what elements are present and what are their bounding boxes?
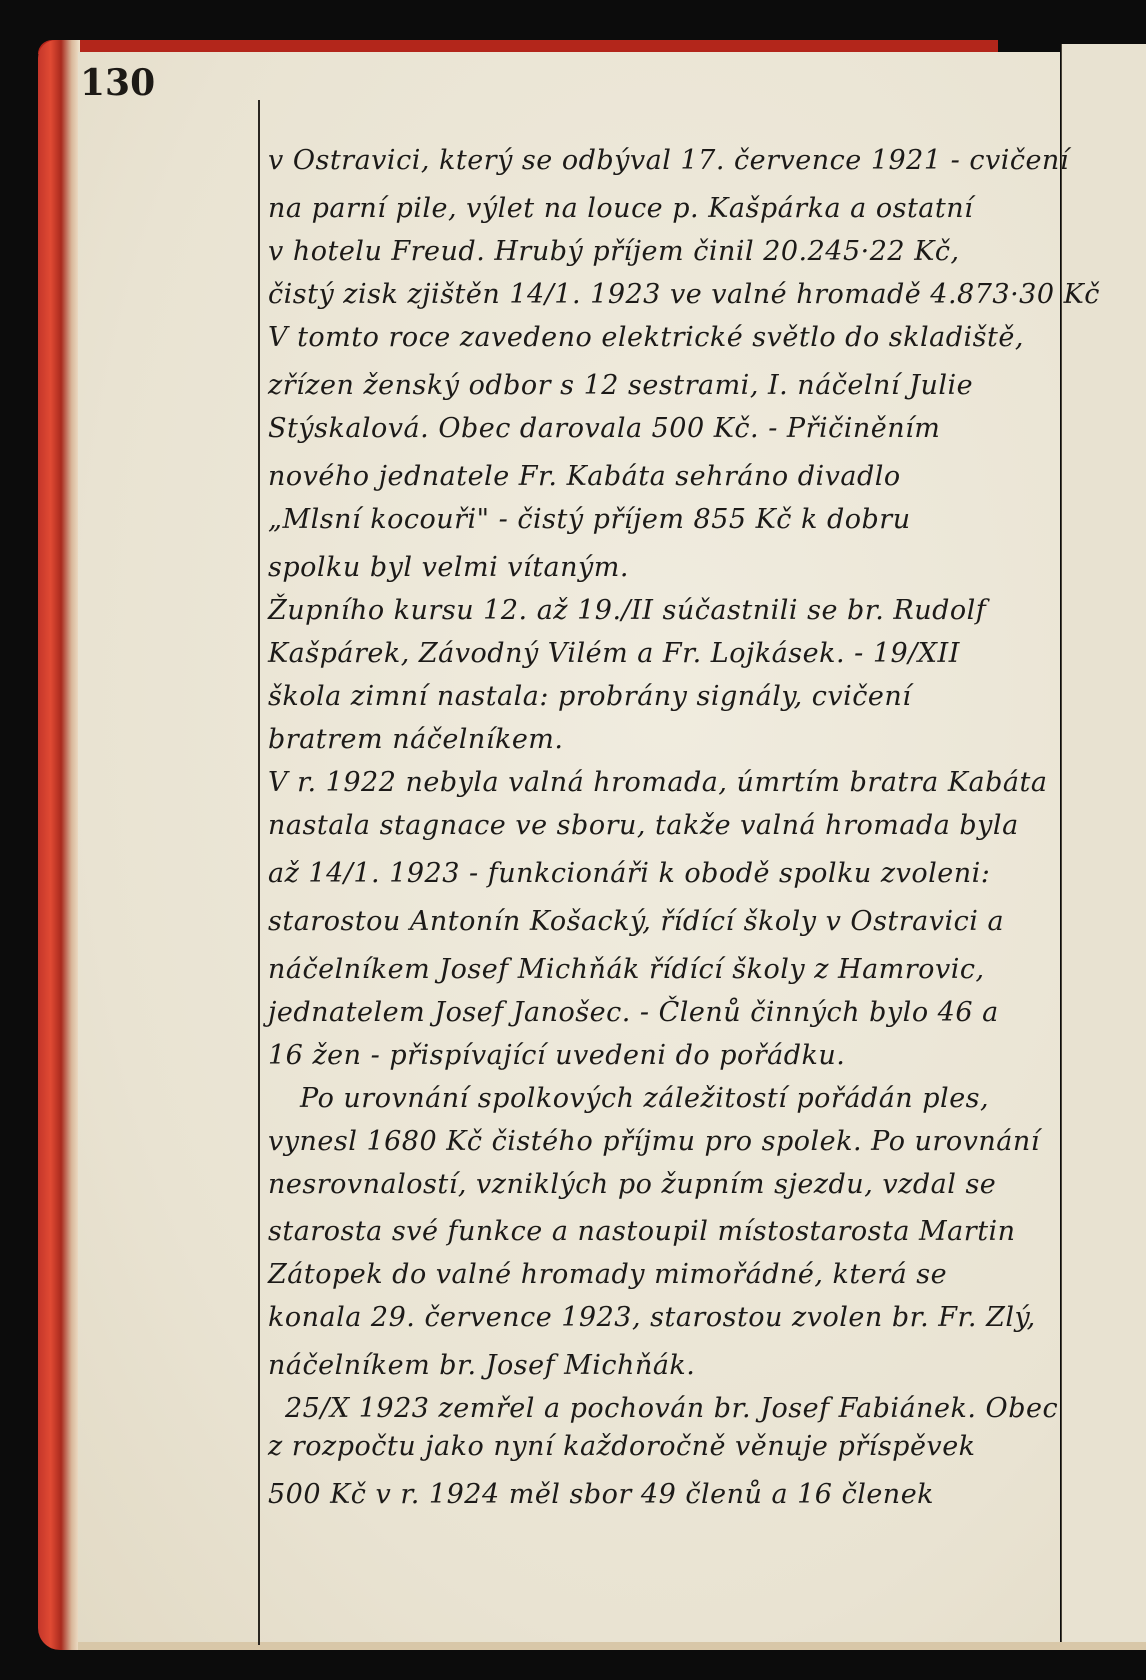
text-line: jednatelem Josef Janošec. - Členů činnýc… <box>268 997 999 1028</box>
page-number: 130 <box>80 62 155 104</box>
text-line: 16 žen - přispívající uvedeni do pořádku… <box>268 1040 845 1071</box>
text-line: V r. 1922 nebyla valná hromada, úmrtím b… <box>268 767 1047 798</box>
margin-rule <box>258 100 260 1645</box>
text-line: „Mlsní kocouři" - čistý příjem 855 Kč k … <box>268 504 911 535</box>
text-line: nesrovnalostí, vzniklých po župním sjezd… <box>268 1169 996 1200</box>
text-line: škola zimní nastala: probrány signály, c… <box>268 681 911 712</box>
text-line: spolku byl velmi vítaným. <box>268 552 629 583</box>
text-line: z rozpočtu jako nyní každoročně věnuje p… <box>268 1431 976 1462</box>
text-line: Zátopek do valné hromady mimořádné, kter… <box>268 1259 947 1290</box>
text-line: v hotelu Freud. Hrubý příjem činil 20.24… <box>268 236 960 267</box>
text-line: starosta své funkce a nastoupil místosta… <box>268 1216 1016 1247</box>
text-line: nového jednatele Fr. Kabáta sehráno diva… <box>268 461 901 492</box>
text-line: Po urovnání spolkových záležitostí pořád… <box>300 1083 989 1114</box>
book-red-page-edges <box>38 40 80 1650</box>
text-line: starostou Antonín Košacký, řídící školy … <box>268 906 1004 937</box>
text-line: Stýskalová. Obec darovala 500 Kč. - Přič… <box>268 413 940 444</box>
page-bottom-edge <box>78 1642 1146 1650</box>
text-line: Župního kursu 12. až 19./II súčastnili s… <box>268 595 986 626</box>
text-line: čistý zisk zjištěn 14/1. 1923 ve valné h… <box>268 279 1100 310</box>
text-line: 500 Kč v r. 1924 měl sbor 49 členů a 16 … <box>268 1479 934 1510</box>
text-line: zřízen ženský odbor s 12 sestrami, I. ná… <box>268 370 973 401</box>
text-line: vynesl 1680 Kč čistého příjmu pro spolek… <box>268 1126 1040 1157</box>
text-line: v Ostravici, který se odbýval 17. červen… <box>268 145 1069 176</box>
text-line: Kašpárek, Závodný Vilém a Fr. Lojkásek. … <box>268 638 960 669</box>
text-line: V tomto roce zavedeno elektrické světlo … <box>268 322 1024 353</box>
text-line: 25/X 1923 zemřel a pochován br. Josef Fa… <box>285 1393 1058 1424</box>
text-line: až 14/1. 1923 - funkcionáři k obodě spol… <box>268 858 990 889</box>
text-line: náčelníkem Josef Michňák řídící školy z … <box>268 954 985 985</box>
text-line: bratrem náčelníkem. <box>268 724 563 755</box>
text-line: nastala stagnace ve sboru, takže valná h… <box>268 810 1019 841</box>
text-line: konala 29. července 1923, starostou zvol… <box>268 1302 1036 1333</box>
text-line: náčelníkem br. Josef Michňák. <box>268 1350 695 1381</box>
text-line: na parní pile, výlet na louce p. Kašpárk… <box>268 193 973 224</box>
